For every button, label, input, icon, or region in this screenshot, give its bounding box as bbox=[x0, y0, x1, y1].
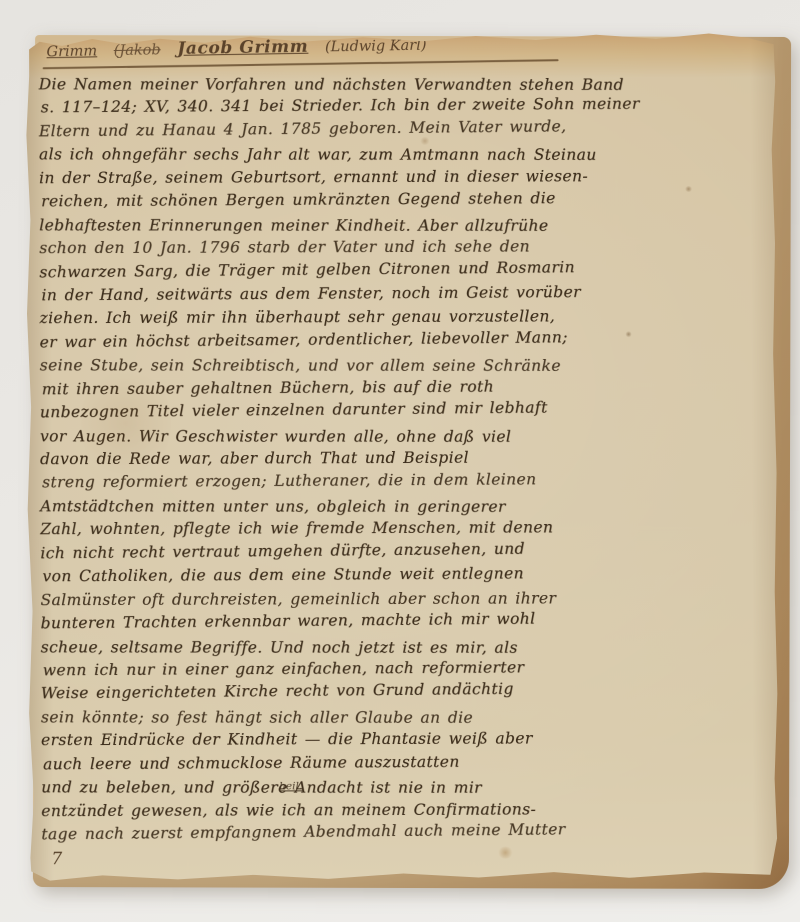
manuscript-line: Eltern und zu Hanau 4 Jan. 1785 geboren.… bbox=[39, 114, 679, 144]
manuscript-text: Die Namen meiner Vorfahren und nächsten … bbox=[39, 71, 682, 847]
manuscript-line: sein könnte; so fest hängt sich aller Gl… bbox=[41, 706, 681, 730]
manuscript-line: und zu beleben, und größere Andacht ist … bbox=[41, 776, 681, 800]
manuscript-line: reichen, mit schönen Bergen umkränzten G… bbox=[41, 187, 681, 214]
manuscript-line: als ich ohngefähr sechs Jahr alt war, zu… bbox=[39, 144, 679, 168]
manuscript-line: streng reformiert erzogen; Lutheraner, d… bbox=[42, 468, 682, 495]
manuscript-line: Amtstädtchen mitten unter uns, obgleich … bbox=[40, 495, 680, 519]
manuscript-line: tage nach zuerst empfangnem Abendmahl au… bbox=[41, 817, 681, 847]
paper-stain bbox=[497, 847, 513, 859]
manuscript-line: unbezognen Titel vieler einzelnen darunt… bbox=[40, 395, 680, 425]
manuscript-page: Grimm (Jakob Jacob Grimm (Ludwig Karl) D… bbox=[25, 31, 780, 884]
interline-insertion: heil. bbox=[279, 780, 302, 792]
manuscript-line: er war ein höchst arbeitsamer, ordentlic… bbox=[39, 325, 679, 355]
manuscript-line: von Catholiken, die aus dem eine Stunde … bbox=[42, 562, 682, 589]
manuscript-line: vor Augen. Wir Geschwister wurden alle, … bbox=[40, 425, 680, 449]
page-number: 7 bbox=[51, 849, 62, 869]
manuscript-line: lebhaftesten Erinnerungen meiner Kindhei… bbox=[39, 214, 679, 238]
manuscript-line: Weise eingerichteten Kirche recht von Gr… bbox=[41, 676, 681, 706]
header-name: Grimm bbox=[46, 43, 97, 60]
header-crossed-out: (Jakob bbox=[114, 42, 161, 59]
manuscript-line: bunteren Trachten erkennbar waren, macht… bbox=[40, 606, 680, 636]
manuscript-line: in der Hand, seitwärts aus dem Fenster, … bbox=[41, 280, 681, 307]
ink-spot bbox=[685, 186, 692, 192]
manuscript-line: auch leere und schmucklose Räume auszust… bbox=[43, 749, 683, 776]
